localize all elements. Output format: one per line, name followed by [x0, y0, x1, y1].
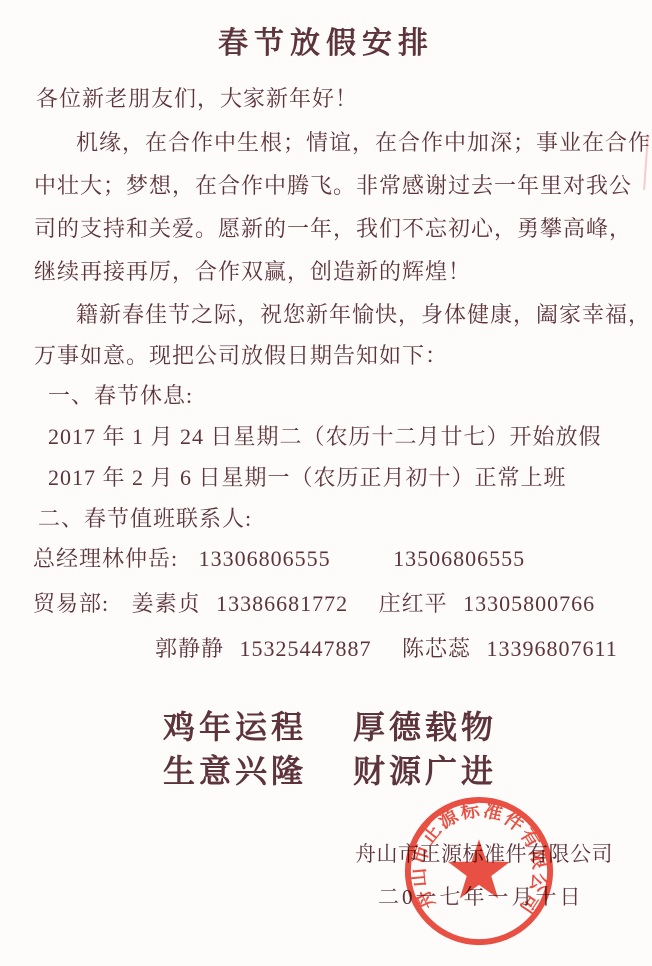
paragraph1-line2: 中壮大；梦想，在合作中腾飞。非常感谢过去一年里对我公	[34, 173, 632, 199]
blessing-phrase: 厚德载物	[353, 709, 497, 745]
blessing-line-1: 鸡年运程 厚德载物	[163, 702, 497, 748]
star-icon	[448, 839, 510, 898]
blessing-phrase: 生意兴隆	[163, 753, 307, 789]
paragraph1-line3: 司的支持和关爱。愿新的一年，我们不忘初心，勇攀高峰，	[34, 216, 632, 242]
company-seal-stamp: 舟山市正源标准件有限公司	[400, 792, 558, 950]
scanned-notice-page: 春节放假安排 各位新老朋友们，大家新年好！ 机缘，在合作中生根；情谊，在合作中加…	[0, 0, 652, 966]
greeting-line: 各位新老朋友们，大家新年好！	[36, 86, 358, 112]
holiday-end-line: 2017 年 2 月 6 日星期一（农历正月初十）正常上班	[48, 465, 567, 491]
blessing-line-2: 生意兴隆 财源广进	[163, 746, 497, 792]
manager-label: 总经理林仲岳:	[33, 546, 178, 571]
manager-phone-2: 13506806555	[393, 546, 525, 571]
page-title: 春节放假安排	[0, 18, 652, 62]
trade-dept-contact-row-1: 贸易部: 姜素贞 13386681772 庄红平 13305800766	[33, 591, 595, 617]
contact-phone: 13396807611	[487, 636, 618, 661]
trade-dept-label: 贸易部:	[33, 591, 109, 616]
contact-name: 庄红平	[379, 591, 448, 616]
holiday-section-heading: 一、春节休息:	[48, 383, 193, 409]
paragraph2-line1: 籍新春佳节之际，祝您新年愉快，身体健康，阖家幸福，	[76, 302, 651, 328]
contact-phone: 13305800766	[463, 591, 595, 616]
contact-name: 郭静静	[155, 636, 224, 661]
blessing-phrase: 鸡年运程	[163, 709, 307, 745]
contact-phone: 15325447887	[240, 636, 372, 661]
paragraph1-line4: 继续再接再厉，合作双赢，创造新的辉煌！	[34, 259, 471, 285]
paragraph1-line1: 机缘，在合作中生根；情谊，在合作中加深；事业在合作	[76, 130, 651, 156]
contact-name: 姜素贞	[132, 591, 201, 616]
contact-phone: 13386681772	[216, 591, 348, 616]
manager-phone-1: 13306806555	[199, 546, 331, 571]
blessing-phrase: 财源广进	[353, 753, 497, 789]
holiday-start-line: 2017 年 1 月 24 日星期二（农历十二月廿七）开始放假	[48, 424, 602, 450]
manager-contact-row: 总经理林仲岳: 13306806555 13506806555	[33, 546, 525, 572]
contact-name: 陈芯蕊	[402, 636, 471, 661]
trade-dept-contact-row-2: 郭静静 15325447887 陈芯蕊 13396807611	[155, 636, 618, 662]
paragraph2-line2: 万事如意。现把公司放假日期告知如下：	[34, 343, 448, 369]
duty-section-heading: 二、春节值班联系人:	[38, 506, 252, 532]
